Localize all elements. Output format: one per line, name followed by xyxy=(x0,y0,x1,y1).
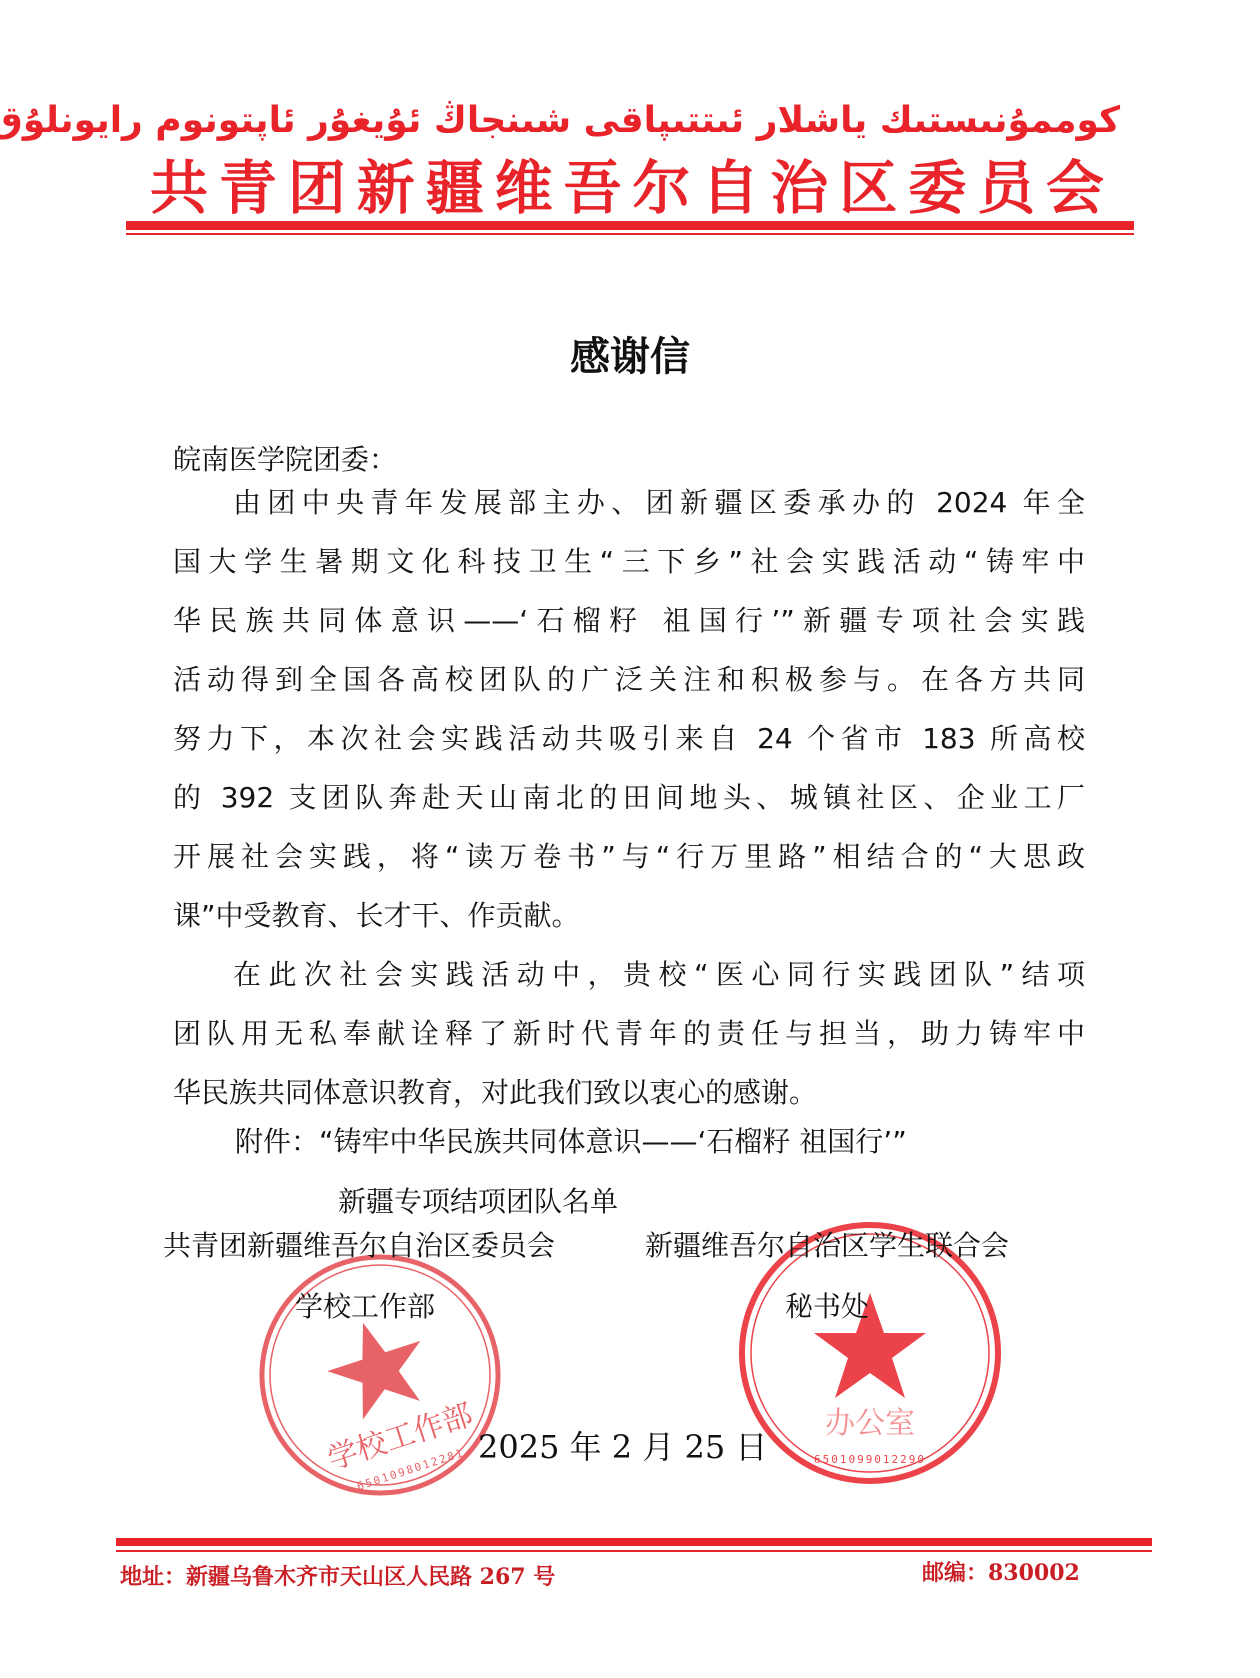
text-line: 开展社会实践，将“读万卷书”与“行万里路”相结合的“大思政 xyxy=(173,827,1085,886)
text-line: 华民族共同体意识——‘石榴籽 祖国行’”新疆专项社会实践 xyxy=(173,591,1085,650)
paragraph-2: 在此次社会实践活动中，贵校“医心同行实践团队”结项 团队用无私奉献诠释了新时代青… xyxy=(173,945,1085,1122)
text-line: 课”中受教育、长才干、作贡献。 xyxy=(173,886,1085,945)
letter-date: 2025 年 2 月 25 日 xyxy=(478,1422,767,1468)
letterhead-rule xyxy=(126,221,1134,230)
seal-star-icon xyxy=(316,1308,438,1426)
text-line: 华民族共同体意识教育，对此我们致以衷心的感谢。 xyxy=(173,1063,1085,1122)
salutation: 皖南医学院团委： xyxy=(173,438,397,478)
text-line: 由团中央青年发展部主办、团新疆区委承办的 2024 年全 xyxy=(173,473,1085,532)
attachment-line-2: 新疆专项结项团队名单 xyxy=(338,1180,618,1220)
signature-right-org: 新疆维吾尔自治区学生联合会 xyxy=(645,1224,1009,1264)
footer-rule-thin xyxy=(116,1550,1152,1552)
letterhead-uyghur-name: كوممۇنىستىك ياشلار ئىتتىپاقى شىنجاڭ ئۇيغ… xyxy=(120,100,1120,141)
attachment-line-1: 附件：“铸牢中华民族共同体意识——‘石榴籽 祖国行’” xyxy=(235,1120,907,1160)
footer-postal-code: 邮编：830002 xyxy=(922,1556,1080,1587)
signature-left-org: 共青团新疆维吾尔自治区委员会 xyxy=(163,1224,555,1264)
text-line: 的 392 支团队奔赴天山南北的田间地头、城镇社区、企业工厂 xyxy=(173,768,1085,827)
text-line: 活动得到全国各高校团队的广泛关注和积极参与。在各方共同 xyxy=(173,650,1085,709)
text-line: 团队用无私奉献诠释了新时代青年的责任与担当，助力铸牢中 xyxy=(173,1004,1085,1063)
letter-title: 感谢信 xyxy=(0,325,1260,382)
signature-left-dept: 学校工作部 xyxy=(295,1285,435,1325)
letterhead-org-name: 共青团新疆维吾尔自治区委员会 xyxy=(150,152,1110,224)
text-line: 国大学生暑期文化科技卫生“三下乡”社会实践活动“铸牢中 xyxy=(173,532,1085,591)
signature-right-dept: 秘书处 xyxy=(785,1285,869,1325)
seal-dept-text: 办公室 xyxy=(825,1406,915,1441)
footer-rule xyxy=(116,1538,1152,1546)
letterhead-rule-thin xyxy=(126,233,1134,235)
footer-address: 地址：新疆乌鲁木齐市天山区人民路 267 号 xyxy=(120,1560,555,1591)
paragraph-1: 由团中央青年发展部主办、团新疆区委承办的 2024 年全 国大学生暑期文化科技卫… xyxy=(173,473,1085,945)
text-line: 努力下，本次社会实践活动共吸引来自 24 个省市 183 所高校 xyxy=(173,709,1085,768)
text-line: 在此次社会实践活动中，贵校“医心同行实践团队”结项 xyxy=(173,945,1085,1004)
svg-text:6501099012290: 6501099012290 xyxy=(814,1453,926,1466)
